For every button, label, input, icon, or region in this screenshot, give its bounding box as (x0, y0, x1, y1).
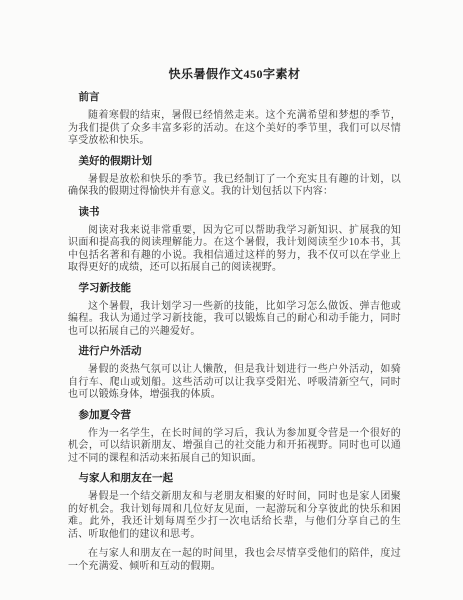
section-heading-new-skills: 学习新技能 (68, 282, 401, 295)
section-paragraph: 阅读对我来说非常重要，因为它可以帮助我学习新知识、扩展我的知识面和提高我的阅读理… (68, 225, 401, 275)
section-heading-family-friends: 与家人和朋友在一起 (68, 472, 401, 485)
section-paragraph: 在与家人和朋友在一起的时间里，我也会尽情享受他们的陪伴，度过一个充满爱、倾听和互… (68, 548, 401, 573)
section-preface: 前言 随着寒假的结束，暑假已经悄然走来。这个充满希望和梦想的季节，为我们提供了众… (68, 91, 401, 148)
section-heading-outdoor-activities: 进行户外活动 (68, 345, 401, 358)
section-paragraph: 作为一名学生，在长时间的学习后，我认为参加夏令营是一个很好的机会，可以结识新朋友… (68, 428, 401, 466)
section-new-skills: 学习新技能 这个暑假，我计划学习一些新的技能，比如学习怎么做饭、弹吉他或编程。我… (68, 282, 401, 339)
section-reading: 读书 阅读对我来说非常重要，因为它可以帮助我学习新知识、扩展我的知识面和提高我的… (68, 206, 401, 275)
section-summer-camp: 参加夏令营 作为一名学生，在长时间的学习后，我认为参加夏令营是一个很好的机会，可… (68, 409, 401, 466)
section-heading-summer-camp: 参加夏令营 (68, 409, 401, 422)
document-content: 快乐暑假作文450字素材 前言 随着寒假的结束，暑假已经悄然走来。这个充满希望和… (0, 0, 463, 573)
section-paragraph: 暑假的炎热气氛可以让人懒散，但是我计划进行一些户外活动，如骑自行车、爬山或划船。… (68, 364, 401, 402)
section-paragraph: 随着寒假的结束，暑假已经悄然走来。这个充满希望和梦想的季节，为我们提供了众多丰富… (68, 110, 401, 148)
document-page: 快乐暑假作文450字素材 前言 随着寒假的结束，暑假已经悄然走来。这个充满希望和… (0, 0, 463, 600)
section-heading-holiday-plan: 美好的假期计划 (68, 155, 401, 168)
section-paragraph: 这个暑假，我计划学习一些新的技能，比如学习怎么做饭、弹吉他或编程。我认为通过学习… (68, 301, 401, 339)
section-heading-reading: 读书 (68, 206, 401, 219)
section-holiday-plan: 美好的假期计划 暑假是放松和快乐的季节。我已经制订了一个充实且有趣的计划，以确保… (68, 155, 401, 199)
section-outdoor-activities: 进行户外活动 暑假的炎热气氛可以让人懒散，但是我计划进行一些户外活动，如骑自行车… (68, 345, 401, 402)
section-paragraph: 暑假是一个结交新朋友和与老朋友相聚的好时间，同时也是家人团聚的好机会。我计划每周… (68, 491, 401, 541)
section-heading-preface: 前言 (68, 91, 401, 104)
document-title: 快乐暑假作文450字素材 (68, 66, 401, 82)
section-paragraph: 暑假是放松和快乐的季节。我已经制订了一个充实且有趣的计划，以确保我的假期过得愉快… (68, 174, 401, 199)
section-family-friends: 与家人和朋友在一起 暑假是一个结交新朋友和与老朋友相聚的好时间，同时也是家人团聚… (68, 472, 401, 573)
